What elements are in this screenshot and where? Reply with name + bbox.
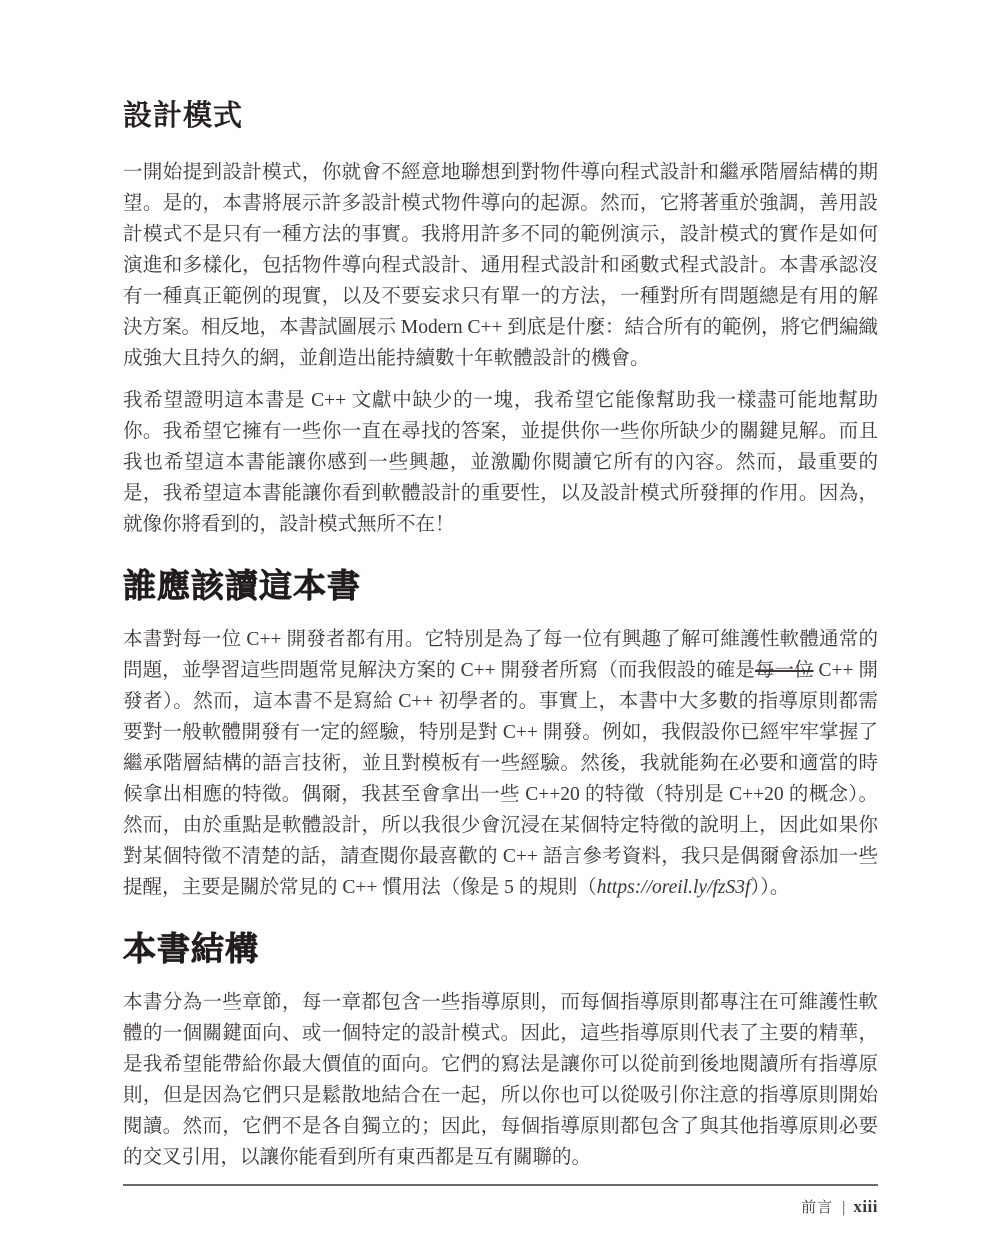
section-heading-book-structure: 本書結構 — [123, 929, 878, 969]
text-run: 一開始提到設計模式，你就會不經意地聯想到對物件導向程式設計和繼承階層結構的期望。… — [123, 162, 878, 369]
footer-section-label: 前言 — [801, 1200, 833, 1216]
text-run: C++ 開發者）。然而，這本書不是寫給 C++ 初學者的。事實上，本書中大多數的… — [123, 660, 878, 898]
paragraph-who-should-read-1: 本書對每一位 C++ 開發者都有用。它特別是為了每一位有興趣了解可維護性軟體通常… — [123, 624, 878, 903]
footer-separator: | — [842, 1199, 845, 1217]
page-footer: 前言|xiii — [0, 1184, 1000, 1217]
page-content: 設計模式一開始提到設計模式，你就會不經意地聯想到對物件導向程式設計和繼承階層結構… — [0, 0, 1000, 1173]
text-run: ））。 — [750, 877, 789, 898]
paragraph-design-patterns-2: 我希望證明這本書是 C++ 文獻中缺少的一塊，我希望它能像幫助我一樣盡可能地幫助… — [123, 385, 878, 540]
paragraph-design-patterns-1: 一開始提到設計模式，你就會不經意地聯想到對物件導向程式設計和繼承階層結構的期望。… — [123, 157, 878, 374]
footer-page-number: xiii — [853, 1197, 878, 1216]
emphasis-strike-text: 每一位 — [755, 660, 814, 681]
footer-text: 前言|xiii — [123, 1196, 878, 1217]
text-run: 本書分為一些章節，每一章都包含一些指導原則，而每個指導原則都專注在可維護性軟體的… — [123, 992, 878, 1168]
paragraph-book-structure-1: 本書分為一些章節，每一章都包含一些指導原則，而每個指導原則都專注在可維護性軟體的… — [123, 987, 878, 1173]
url-text: https://oreil.ly/fzS3f — [597, 877, 751, 898]
section-heading-who-should-read: 誰應該讀這本書 — [123, 566, 878, 606]
book-page: 設計模式一開始提到設計模式，你就會不經意地聯想到對物件導向程式設計和繼承階層結構… — [0, 0, 1000, 1243]
sections: 設計模式一開始提到設計模式，你就會不經意地聯想到對物件導向程式設計和繼承階層結構… — [123, 99, 878, 1173]
footer-rule — [123, 1184, 878, 1186]
section-heading-design-patterns: 設計模式 — [123, 99, 878, 133]
text-run: 我希望證明這本書是 C++ 文獻中缺少的一塊，我希望它能像幫助我一樣盡可能地幫助… — [123, 390, 878, 535]
